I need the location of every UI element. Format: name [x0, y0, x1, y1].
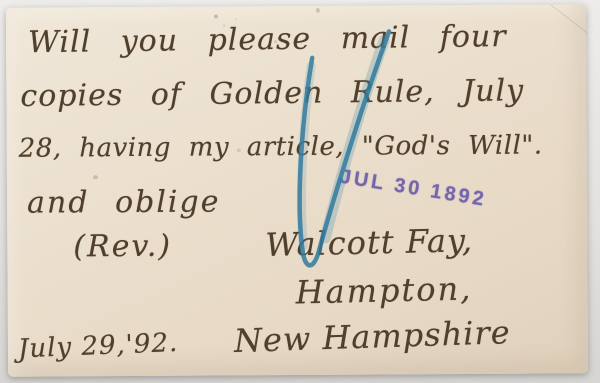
message-line-rev: (Rev.): [73, 229, 172, 265]
postmark-date-stamp: JUL 30 1892: [338, 166, 488, 212]
stain-speck: [316, 8, 320, 13]
stain-speck: [237, 148, 241, 152]
message-line-3: 28, having my article, "God's Will".: [19, 130, 543, 163]
signature-name: Walcott Fay,: [265, 221, 473, 264]
stain-speck: [274, 40, 277, 43]
signature-town: Hampton,: [295, 269, 473, 311]
signature-state: New Hampshire: [233, 313, 511, 360]
date-note: July 29,'92.: [17, 328, 178, 365]
stain-speck: [93, 175, 98, 179]
stain-speck: [214, 14, 218, 18]
message-line-1: Will you please mail four: [28, 19, 507, 60]
postcard: Will you please mail four copies of Gold…: [6, 4, 588, 377]
message-line-4: and oblige: [27, 184, 221, 220]
message-line-2: copies of Golden Rule, July: [20, 73, 524, 114]
photo-background: Will you please mail four copies of Gold…: [0, 0, 600, 383]
corner-crease: [550, 4, 587, 33]
